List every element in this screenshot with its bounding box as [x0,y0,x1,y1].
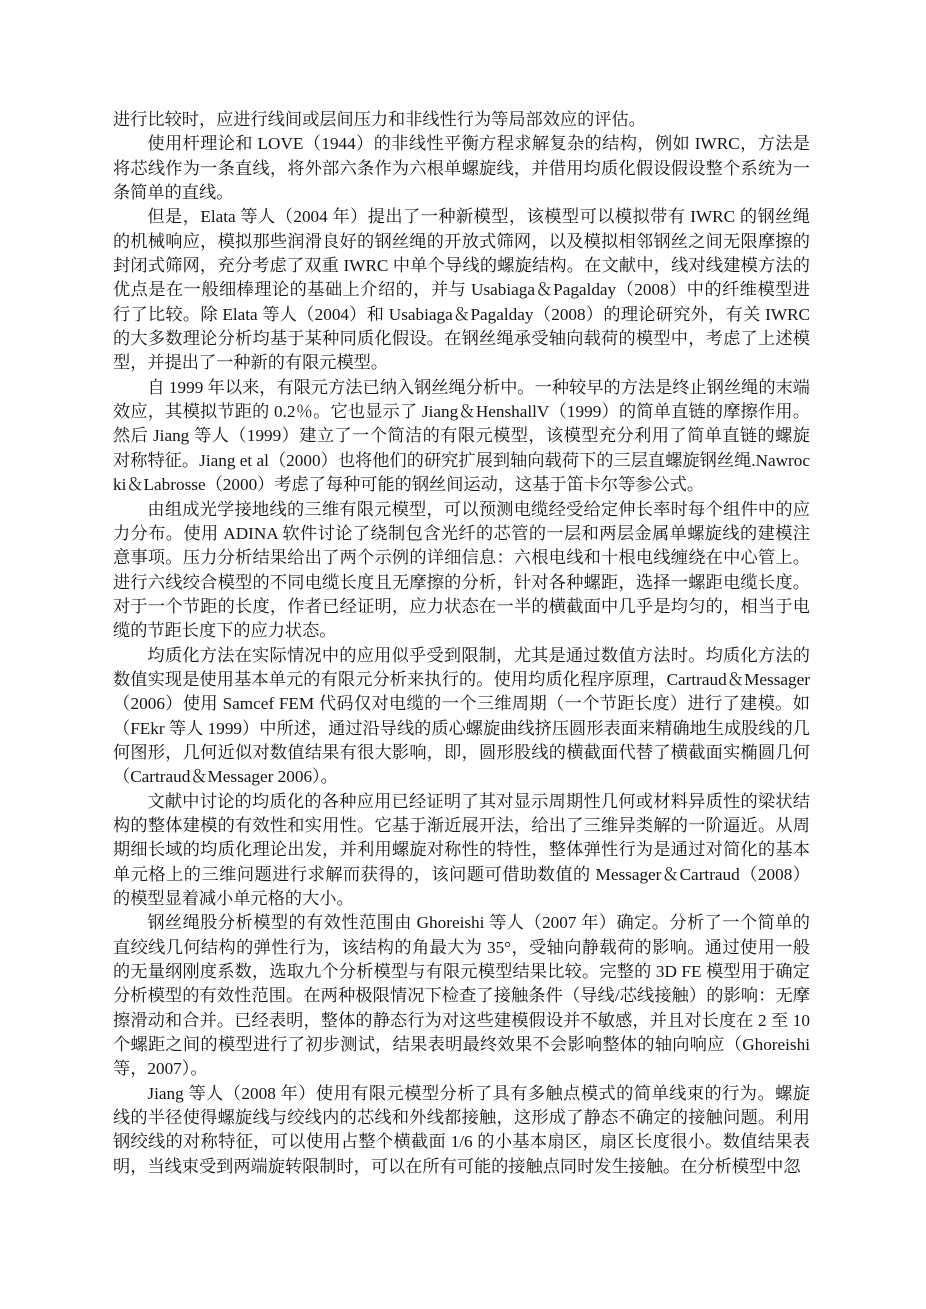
paragraph: 钢丝绳股分析模型的有效性范围由 Ghoreishi 等人（2007 年）确定。分… [113,911,810,1081]
document-body-text: 进行比较时，应进行线间或层间压力和非线性行为等局部效应的评估。 使用杆理论和 L… [113,108,810,1179]
paragraph: 文献中讨论的均质化的各种应用已经证明了其对显示周期性几何或材料异质性的梁状结构的… [113,790,810,912]
paragraph: 使用杆理论和 LOVE（1944）的非线性平衡方程求解复杂的结构，例如 IWRC… [113,132,810,205]
paragraph: 均质化方法在实际情况中的应用似乎受到限制，尤其是通过数值方法时。均质化方法的数值… [113,644,810,790]
paragraph: Jiang 等人（2008 年）使用有限元模型分析了具有多触点模式的简单线束的行… [113,1082,810,1179]
paragraph: 自 1999 年以来，有限元方法已纳入钢丝绳分析中。一种较早的方法是终止钢丝绳的… [113,376,810,498]
document-page: 进行比较时，应进行线间或层间压力和非线性行为等局部效应的评估。 使用杆理论和 L… [0,0,926,1309]
paragraph: 由组成光学接地线的三维有限元模型，可以预测电缆经受给定伸长率时每个组件中的应力分… [113,498,810,644]
paragraph: 但是，Elata 等人（2004 年）提出了一种新模型，该模型可以模拟带有 IW… [113,205,810,375]
paragraph: 进行比较时，应进行线间或层间压力和非线性行为等局部效应的评估。 [113,108,810,132]
